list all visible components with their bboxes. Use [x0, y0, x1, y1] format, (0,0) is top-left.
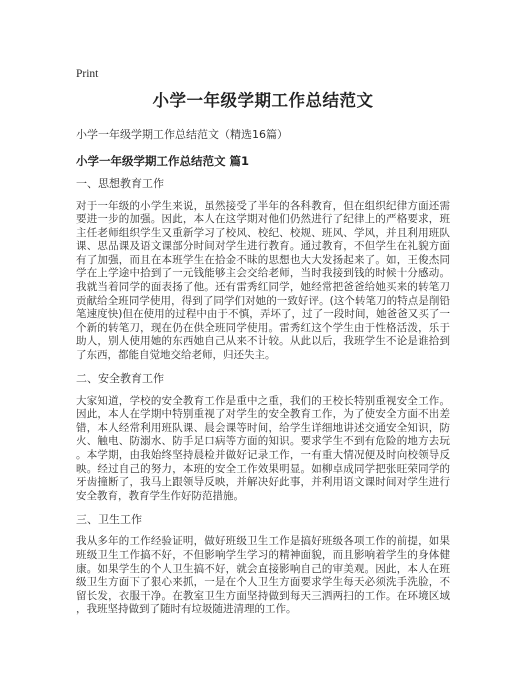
document-page: Print 小学一年级学期工作总结范文 小学一年级学期工作总结范文（精选16篇）…	[0, 0, 520, 646]
section-heading-3: 三、卫生工作	[76, 513, 450, 527]
section-body-3: 我从多年的工作经验证明，做好班级卫生工作是搞好班级各项工作的前提，如果班级卫生工…	[76, 535, 450, 617]
page-title: 小学一年级学期工作总结范文	[76, 91, 450, 111]
section-heading-1: 一、思想教育工作	[76, 177, 450, 191]
document-subtitle: 小学一年级学期工作总结范文（精选16篇）	[76, 128, 450, 142]
section-body-1: 对于一年级的小学生来说，虽然接受了半年的各科教育，但在组织纪律方面还需要进一步的…	[76, 200, 450, 363]
section-heading-2: 二、安全教育工作	[76, 372, 450, 386]
article-heading: 小学一年级学期工作总结范文 篇1	[76, 154, 450, 168]
section-body-2: 大家知道，学校的安全教育工作是重中之重，我们的王校长特别重视安全工作。因此，本人…	[76, 395, 450, 504]
print-button[interactable]: Print	[76, 68, 98, 81]
